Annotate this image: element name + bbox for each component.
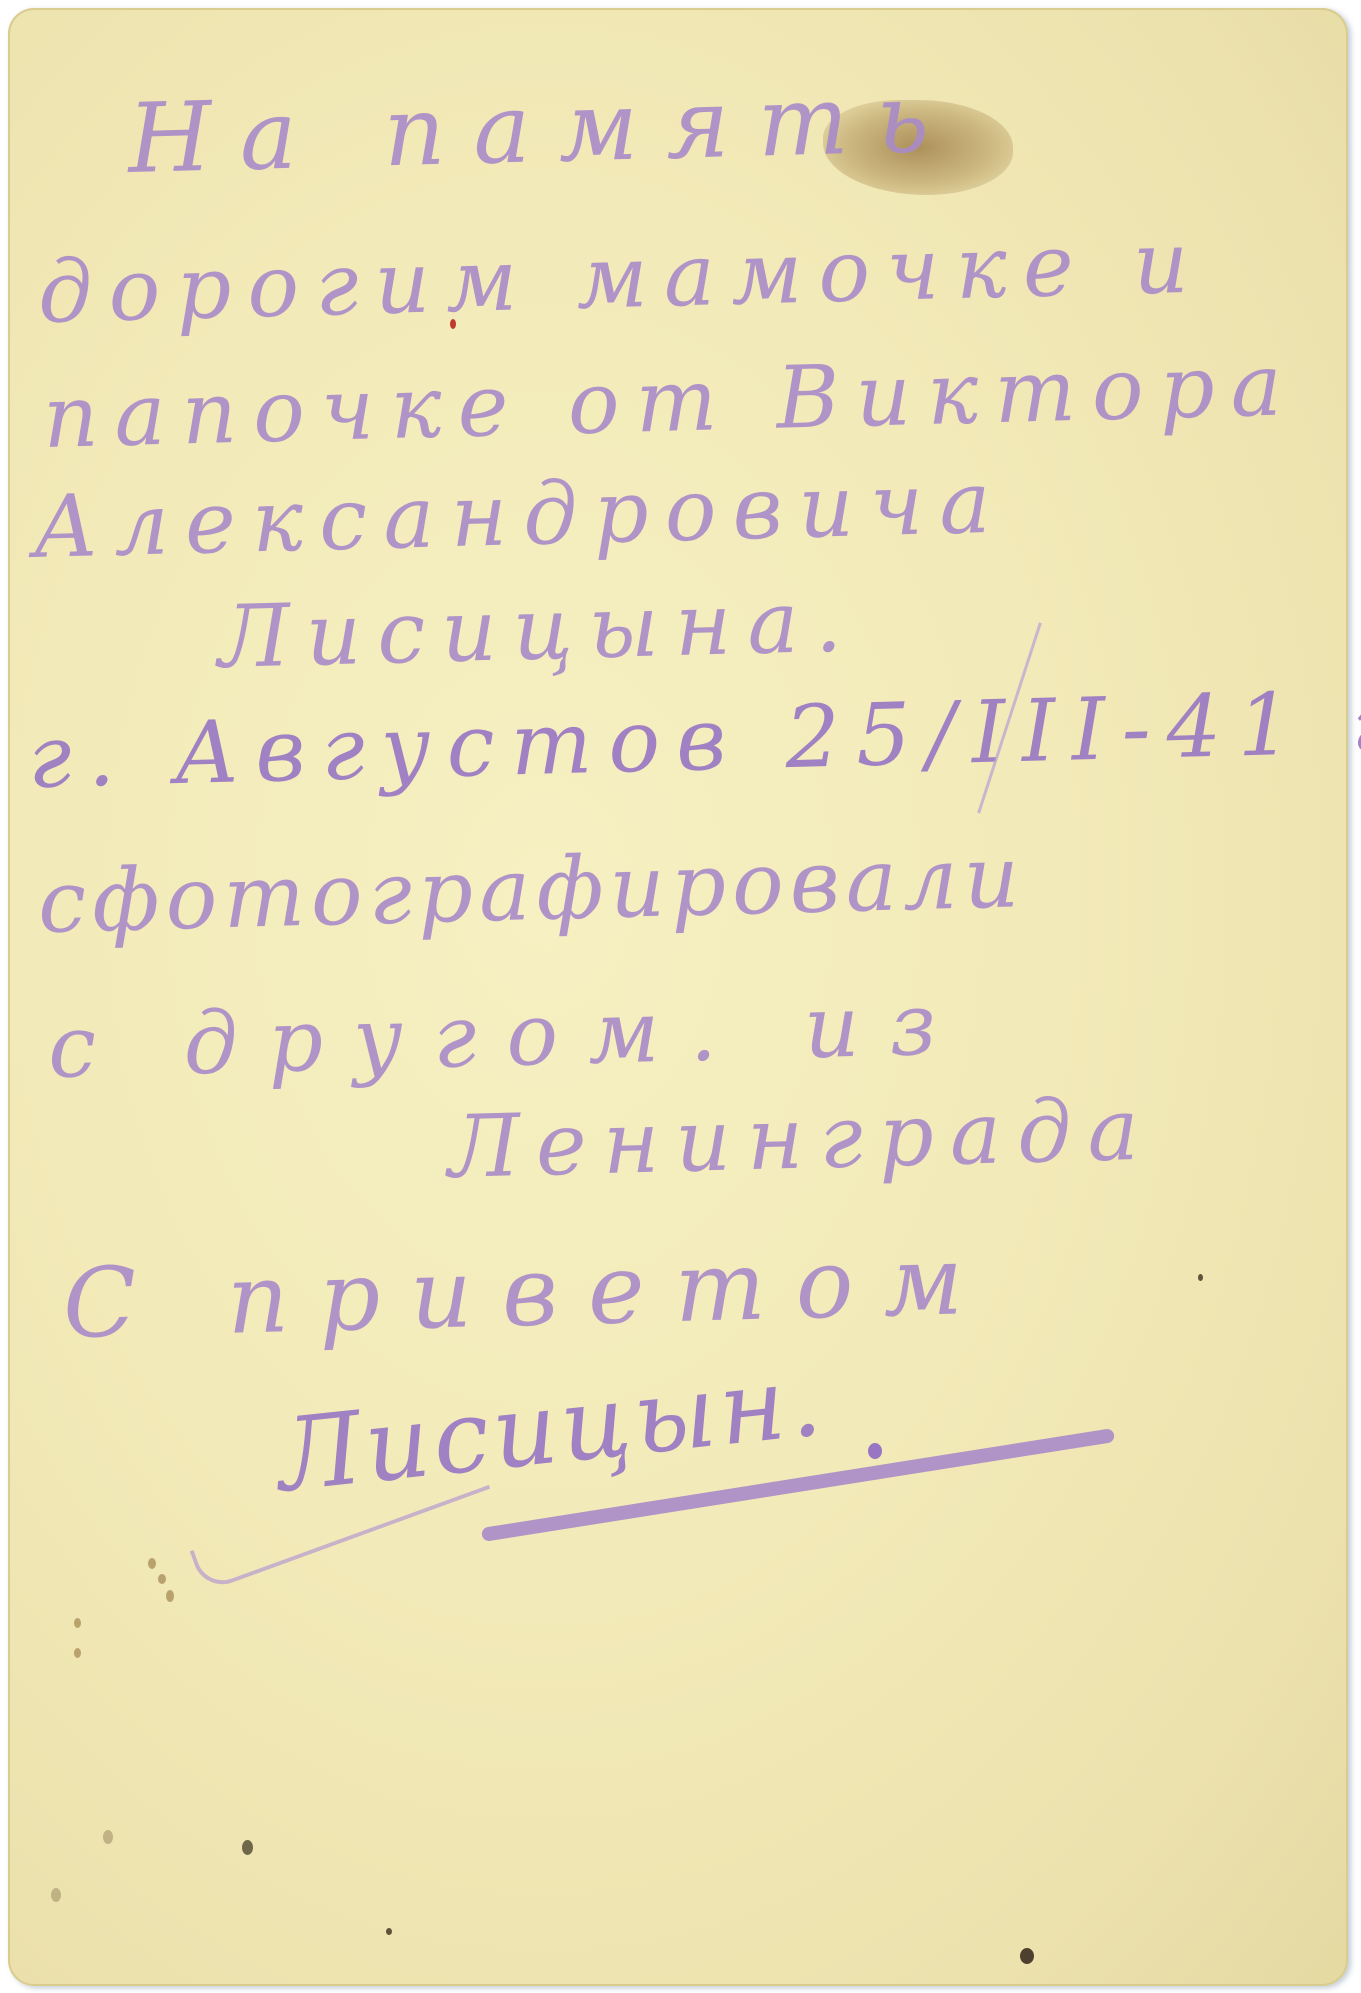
foxing-spot: [1198, 1274, 1203, 1281]
inscription-line-5: Лисицына.: [217, 571, 859, 688]
inscription-line-10: С приветом: [62, 1224, 995, 1360]
inscription-line-1: На память: [127, 61, 959, 195]
inscription-line-8: с другом. из: [47, 974, 968, 1098]
photo-card-back: На память дорогим мамочке и папочке от В…: [8, 8, 1348, 1986]
inscription-line-4: Александровича: [32, 453, 1008, 578]
foxing-spot: [51, 1888, 61, 1902]
foxing-spot: [148, 1558, 156, 1569]
foxing-spot: [242, 1840, 253, 1855]
inscription-line-2: дорогим мамочке и: [37, 212, 1206, 343]
inscription-line-3: папочке от Виктора: [42, 335, 1299, 468]
foxing-spot: [74, 1618, 81, 1628]
foxing-spot: [386, 1928, 392, 1935]
foxing-spot: [166, 1590, 174, 1602]
signature-period: [868, 1443, 882, 1459]
foxing-spot: [103, 1830, 113, 1844]
foxing-spot: [1020, 1948, 1034, 1964]
foxing-spot: [158, 1574, 166, 1584]
inscription-line-6-date: г. Августов 25/III-41 г.: [27, 671, 1361, 808]
inscription-line-7: сфотографировали: [37, 827, 1027, 953]
inscription-line-9: Ленинграда: [447, 1080, 1156, 1198]
red-ink-speck: [450, 319, 456, 329]
foxing-spot: [74, 1648, 81, 1658]
